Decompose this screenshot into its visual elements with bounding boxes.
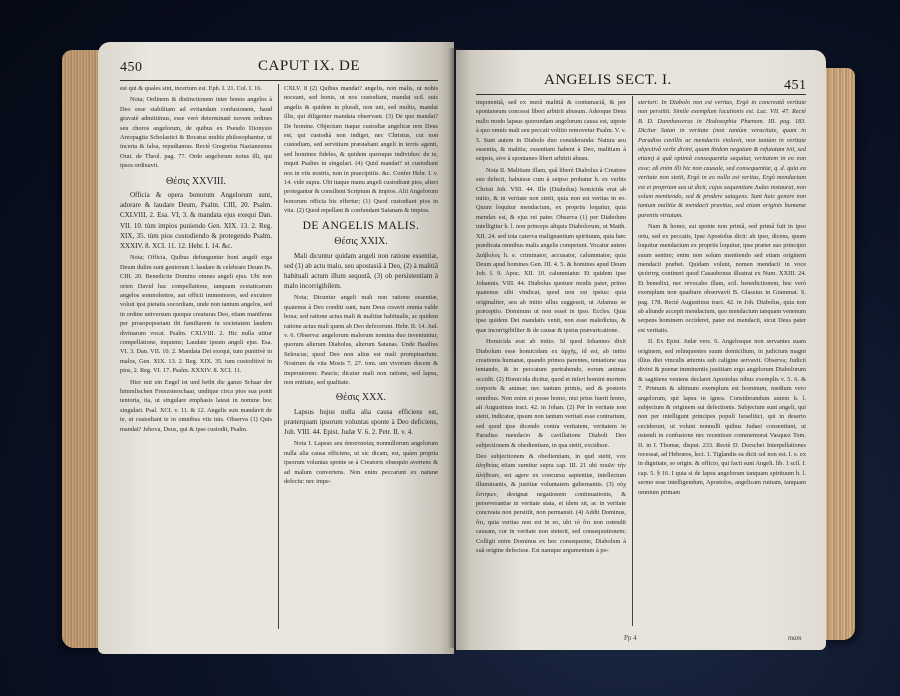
right-page-column-2: steriori: In Diabolo non est veritas, Er… [638,98,806,628]
open-book: 450 CAPUT IX. DE est qui & quales sint, … [0,0,900,696]
paragraph: Nota I. Lapsus seu ἀποστασίας nonnulloru… [284,439,438,486]
page-number-left: 450 [120,60,143,76]
right-page-column-1: impotentiâ, sed ex merâ malitiâ & contum… [476,98,626,623]
column-divider-right [632,96,633,626]
paragraph: Nam & homo, sui sponte non primâ, sed pr… [638,222,806,335]
left-page-edges [62,50,102,648]
page-number-right: 451 [784,78,807,94]
catchword: mam [788,634,802,642]
header-rule-right [476,94,806,95]
left-page-column-1: est qui & quales sint, incertum est. Eph… [120,84,272,624]
signature-mark: Pp 4 [624,634,637,642]
paragraph: Nota; Ordinem & distinctionem inter bono… [120,95,272,170]
thesis-heading: Θέσις XXIX. [284,237,438,246]
thesis-heading: Θέσις XXX. [284,393,438,402]
right-page: ANGELIS SECT. I. 451 impotentiâ, sed ex … [456,50,826,650]
thesis-text: Lapsus hujus nulla alia causa efficiens … [284,407,438,438]
paragraph: Deo subjectionem & obedientiam, in qud s… [476,452,626,555]
paragraph: est qui & quales sint, incertum est. Eph… [120,84,272,93]
paragraph: CXLV. 8 (2) Quibus mandat? angelis, non … [284,84,438,216]
paragraph: Homicida erat ab initio. Id quod Iohanne… [476,337,626,450]
section-title: DE ANGELIS MALIS. [284,222,438,231]
paragraph: Nota; Dicuntur angeli mali non ratione e… [284,293,438,387]
thesis-heading: Θέσις XXVIII. [120,177,272,186]
paragraph: Nota II. Malitiam illam, quâ liberè Diab… [476,166,626,335]
thesis-text: Mali dicuntur quidam angeli non ratione … [284,251,438,292]
column-divider-left [278,84,279,629]
right-page-edges [823,68,855,640]
paragraph: Hier mit ein Engel ist und beibt die gan… [120,378,272,434]
running-head-right: ANGELIS SECT. I. [544,72,672,89]
left-page-column-2: CXLV. 8 (2) Quibus mandat? angelis, non … [284,84,438,629]
paragraph: II. Ex Epist. Judæ vers. 6. Angelosque n… [638,337,806,497]
left-page: 450 CAPUT IX. DE est qui & quales sint, … [98,42,454,654]
thesis-text: Officia & opera bonorum Angelorum sunt, … [120,190,272,251]
paragraph: steriori: In Diabolo non est veritas, Er… [638,98,806,220]
paragraph: Nota; Officia, Quibus defunguntur boni a… [120,253,272,375]
header-rule-left [120,80,438,81]
running-head-left: CAPUT IX. DE [258,58,360,75]
paragraph: impotentiâ, sed ex merâ malitiâ & contum… [476,98,626,164]
